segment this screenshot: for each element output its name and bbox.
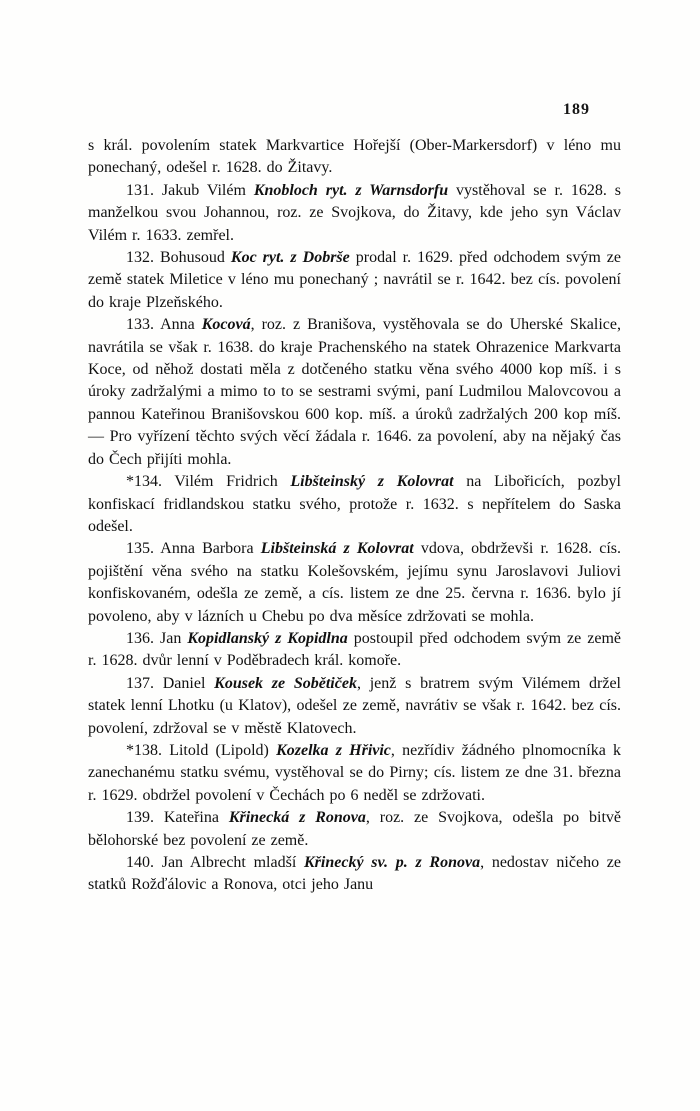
paragraph: 137. Daniel Kousek ze Sobětiček, jenž s …: [88, 673, 621, 740]
page-text: s král. povolením statek Markvartice Hoř…: [88, 135, 621, 897]
paragraph: 135. Anna Barbora Libšteinská z Kolovrat…: [88, 538, 621, 628]
person-name-emphasis: Kousek ze Sobětiček: [214, 675, 357, 692]
body-text: *138. Litold (Lipold): [126, 742, 276, 759]
body-text: , roz. z Branišova, vystěhovala se do Uh…: [88, 316, 621, 467]
body-text: 131. Jakub Vilém: [126, 182, 254, 199]
body-text: *134. Vilém Fridrich: [126, 473, 290, 490]
person-name-emphasis: Koc ryt. z Dobrše: [231, 249, 350, 266]
body-text: 135. Anna Barbora: [126, 540, 261, 557]
paragraph: 132. Bohusoud Koc ryt. z Dobrše prodal r…: [88, 247, 621, 314]
paragraph: 131. Jakub Vilém Knobloch ryt. z Warnsdo…: [88, 180, 621, 247]
paragraph: *138. Litold (Lipold) Kozelka z Hřivic, …: [88, 740, 621, 807]
paragraph: 140. Jan Albrecht mladší Křinecký sv. p.…: [88, 852, 621, 897]
paragraph: s král. povolením statek Markvartice Hoř…: [88, 135, 621, 180]
person-name-emphasis: Knobloch ryt. z Warnsdorfu: [254, 182, 448, 199]
scanned-book-page: 189 s král. povolením statek Markvartice…: [0, 0, 700, 1111]
body-text: 139. Kateřina: [126, 809, 229, 826]
body-text: 137. Daniel: [126, 675, 214, 692]
page-number: 189: [563, 101, 590, 119]
person-name-emphasis: Křinecká z Ronova: [229, 809, 366, 826]
paragraph: 139. Kateřina Křinecká z Ronova, roz. ze…: [88, 807, 621, 852]
body-text: 140. Jan Albrecht mladší: [126, 854, 304, 871]
body-text: s král. povolením statek Markvartice Hoř…: [88, 137, 621, 176]
person-name-emphasis: Libšteinská z Kolovrat: [261, 540, 414, 557]
body-text: 132. Bohusoud: [126, 249, 231, 266]
paragraph: 136. Jan Kopidlanský z Kopidlna postoupi…: [88, 628, 621, 673]
person-name-emphasis: Kozelka z Hřivic: [276, 742, 391, 759]
person-name-emphasis: Kopidlanský z Kopidlna: [187, 630, 347, 647]
body-text: 133. Anna: [126, 316, 202, 333]
paragraph: *134. Vilém Fridrich Libšteinský z Kolov…: [88, 471, 621, 538]
body-text: 136. Jan: [126, 630, 187, 647]
person-name-emphasis: Křinecký sv. p. z Ronova: [304, 854, 480, 871]
person-name-emphasis: Kocová: [202, 316, 251, 333]
paragraph: 133. Anna Kocová, roz. z Branišova, vyst…: [88, 314, 621, 471]
person-name-emphasis: Libšteinský z Kolovrat: [290, 473, 453, 490]
